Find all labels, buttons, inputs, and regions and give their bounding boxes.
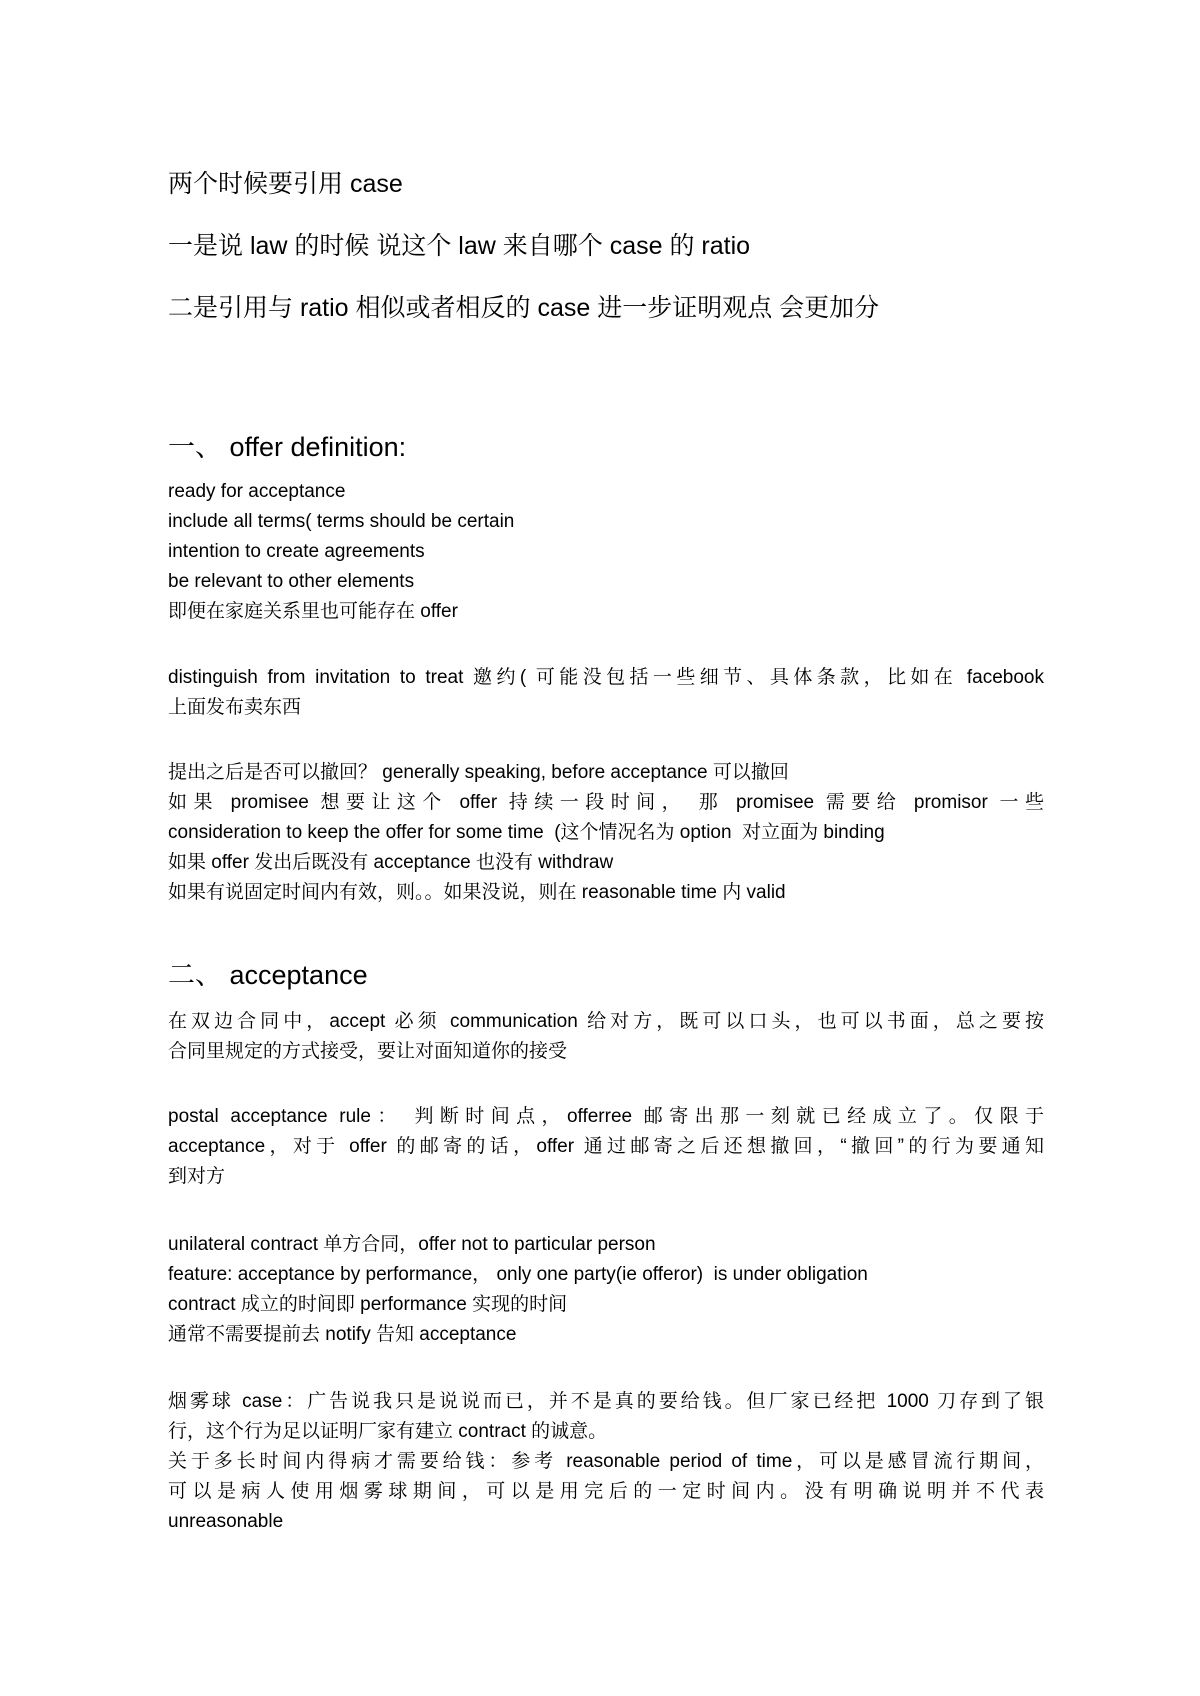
text-line: 提出之后是否可以撤回？ generally speaking, before a… — [168, 758, 1044, 788]
paragraph-postal-acceptance-rule: postal acceptance rule： 判断时间点，offerree 邮… — [168, 1102, 1044, 1192]
paragraph-invitation-to-treat: distinguish from invitation to treat 邀约(… — [168, 663, 1044, 723]
intro-line-second-reason: 二是引用与 ratio 相似或者相反的 case 进一步证明观点 会更加分 — [168, 289, 1044, 327]
text-line: 通常不需要提前去 notify 告知 acceptance — [168, 1320, 1044, 1350]
text-line: unreasonable — [168, 1507, 1044, 1537]
text-line: 烟雾球 case：广告说我只是说说而已，并不是真的要给钱。但厂家已经把 1000… — [168, 1387, 1044, 1417]
text-line: 合同里规定的方式接受，要让对面知道你的接受 — [168, 1037, 1044, 1067]
paragraph-offer-definition-list: ready for acceptanceinclude all terms( t… — [168, 477, 1044, 627]
text-line: feature: acceptance by performance， only… — [168, 1260, 1044, 1290]
text-line: contract 成立的时间即 performance 实现的时间 — [168, 1290, 1044, 1320]
text-line: 上面发布卖东西 — [168, 693, 1044, 723]
paragraph-acceptance-communication: 在双边合同中，accept 必须 communication 给对方，既可以口头… — [168, 1007, 1044, 1067]
document-body: 两个时候要引用 case 一是说 law 的时候 说这个 law 来自哪个 ca… — [168, 165, 1044, 1537]
text-line: 关于多长时间内得病才需要给钱：参考 reasonable period of t… — [168, 1447, 1044, 1477]
text-line: intention to create agreements — [168, 537, 1044, 567]
text-line: 到对方 — [168, 1162, 1044, 1192]
text-line: consideration to keep the offer for some… — [168, 818, 1044, 848]
paragraph-smokeball-case: 烟雾球 case：广告说我只是说说而已，并不是真的要给钱。但厂家已经把 1000… — [168, 1387, 1044, 1537]
text-line: 如果 offer 发出后既没有 acceptance 也没有 withdraw — [168, 848, 1044, 878]
text-line: 行，这个行为足以证明厂家有建立 contract 的诚意。 — [168, 1417, 1044, 1447]
paragraph-unilateral-contract: unilateral contract 单方合同，offer not to pa… — [168, 1230, 1044, 1350]
text-line: unilateral contract 单方合同，offer not to pa… — [168, 1230, 1044, 1260]
document-page: 两个时候要引用 case 一是说 law 的时候 说这个 law 来自哪个 ca… — [0, 0, 1200, 1696]
text-line: 即便在家庭关系里也可能存在 offer — [168, 597, 1044, 627]
text-line: include all terms( terms should be certa… — [168, 507, 1044, 537]
intro-line-first-reason: 一是说 law 的时候 说这个 law 来自哪个 case 的 ratio — [168, 227, 1044, 265]
text-line: acceptance，对于 offer 的邮寄的话，offer 通过邮寄之后还想… — [168, 1132, 1044, 1162]
text-line: 如果有说固定时间内有效，则。。如果没说，则在 reasonable time 内… — [168, 878, 1044, 908]
section-heading-acceptance: 二、 acceptance — [168, 956, 1044, 994]
text-line: ready for acceptance — [168, 477, 1044, 507]
text-line: 如果 promisee 想要让这个 offer 持续一段时间， 那 promis… — [168, 788, 1044, 818]
text-line: 在双边合同中，accept 必须 communication 给对方，既可以口头… — [168, 1007, 1044, 1037]
text-line: be relevant to other elements — [168, 567, 1044, 597]
text-line: postal acceptance rule： 判断时间点，offerree 邮… — [168, 1102, 1044, 1132]
text-line: 可以是病人使用烟雾球期间，可以是用完后的一定时间内。没有明确说明并不代表 — [168, 1477, 1044, 1507]
intro-line-cite-case: 两个时候要引用 case — [168, 165, 1044, 203]
section-heading-offer-definition: 一、 offer definition: — [168, 428, 1044, 466]
paragraph-offer-revocation: 提出之后是否可以撤回？ generally speaking, before a… — [168, 758, 1044, 908]
text-line: distinguish from invitation to treat 邀约(… — [168, 663, 1044, 693]
